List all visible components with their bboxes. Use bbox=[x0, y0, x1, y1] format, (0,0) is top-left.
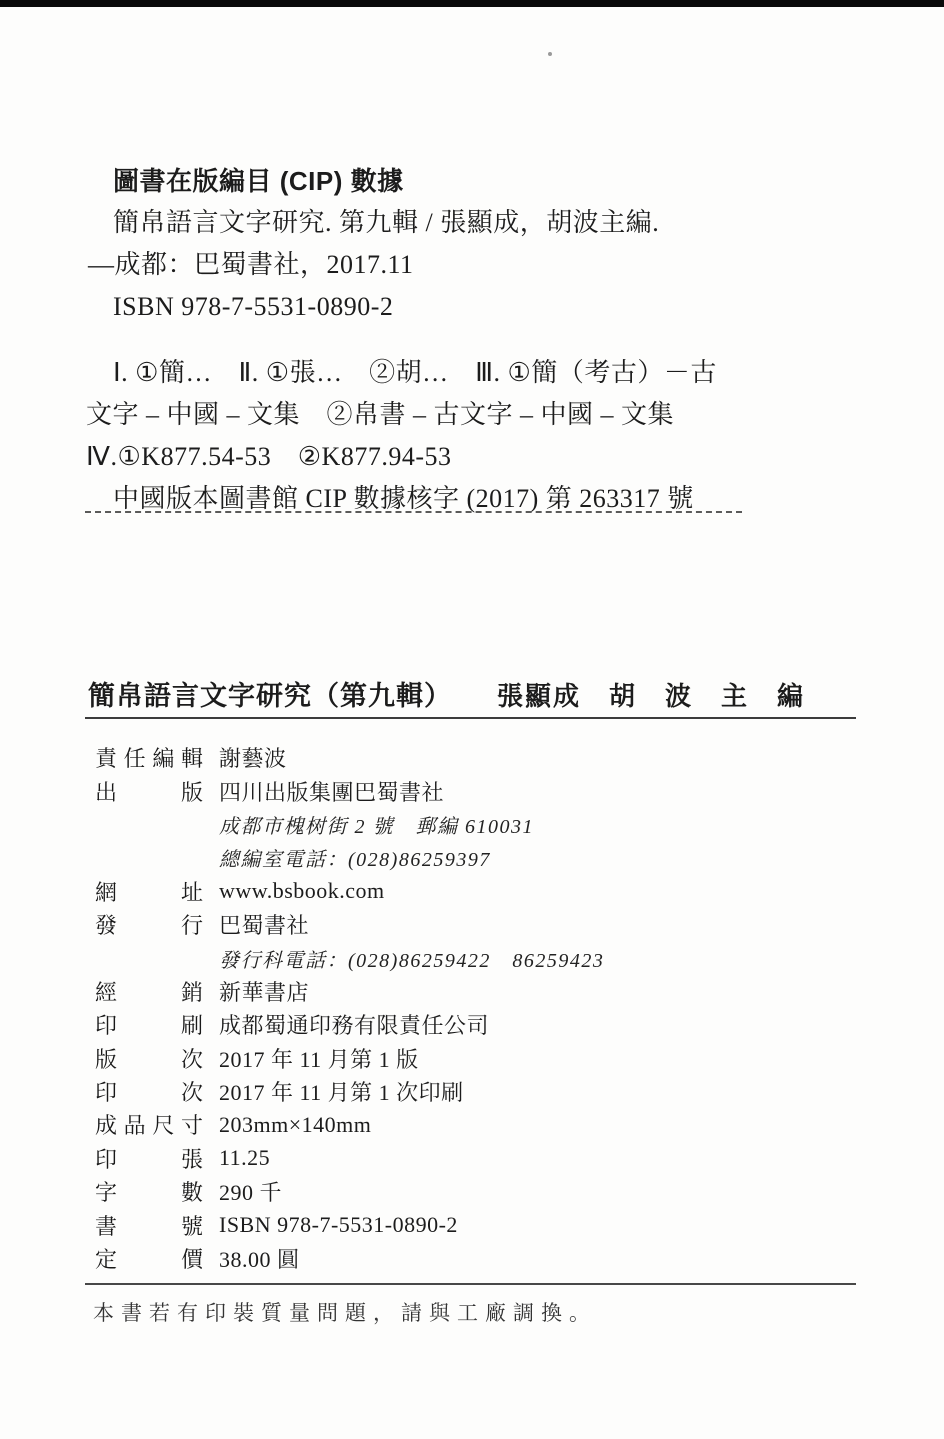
book-title: 簡帛語言文字研究（第九輯） bbox=[88, 674, 452, 713]
colophon-row: 字數 290 千 bbox=[95, 1175, 835, 1208]
cip-class-line-1: Ⅰ. ①簡… Ⅱ. ①張… ②胡… Ⅲ. ①簡（考古）－古 bbox=[86, 352, 806, 394]
colophon-row: 總編室電話：(028)86259397 bbox=[95, 841, 835, 874]
colophon-row: 印刷 成都蜀通印務有限責任公司 bbox=[95, 1008, 835, 1041]
colophon-row: 責任編輯 謝藝波 bbox=[95, 741, 835, 774]
cip-heading: 圖書在版編目 (CIP) 數據 bbox=[88, 160, 788, 202]
colophon-value: 巴蜀書社 bbox=[219, 909, 309, 940]
title-row: 簡帛語言文字研究（第九輯） 張顯成 胡 波 主 編 bbox=[88, 674, 878, 713]
colophon-label: 版次 bbox=[95, 1043, 203, 1074]
colophon-label: 印刷 bbox=[95, 1009, 203, 1040]
footer-notice: 本書若有印裝質量問題，請與工廠調換。 bbox=[93, 1297, 597, 1327]
colophon-row: 印次 2017 年 11 月第 1 次印刷 bbox=[95, 1075, 835, 1108]
title-divider bbox=[85, 717, 856, 719]
scan-speck bbox=[548, 52, 552, 56]
colophon-value: www.bsbook.com bbox=[219, 878, 385, 904]
colophon-value: 謝藝波 bbox=[219, 742, 287, 773]
colophon-subline: 發行科電話：(028)86259422 86259423 bbox=[95, 944, 604, 973]
cip-dashed-divider bbox=[85, 511, 742, 513]
colophon-label: 印次 bbox=[95, 1076, 203, 1107]
colophon-row: 成都市槐树街 2 號 郵編 610031 bbox=[95, 808, 835, 841]
cip-class-line-2: 文字 – 中國 – 文集 ②帛書 – 古文字 – 中國 – 文集 bbox=[86, 394, 806, 436]
colophon-value: 成都蜀通印務有限責任公司 bbox=[219, 1009, 489, 1040]
colophon-value: 四川出版集團巴蜀書社 bbox=[219, 776, 444, 807]
colophon-label: 經銷 bbox=[95, 976, 203, 1007]
colophon-value: 2017 年 11 月第 1 次印刷 bbox=[219, 1076, 464, 1107]
colophon-value: 11.25 bbox=[219, 1145, 270, 1171]
colophon-label: 發行 bbox=[95, 909, 203, 940]
footer-divider bbox=[85, 1283, 856, 1285]
cip-publisher-line: —成都：巴蜀書社，2017.11 bbox=[88, 244, 788, 286]
colophon-label: 網址 bbox=[95, 876, 203, 907]
colophon-value: 203mm×140mm bbox=[219, 1112, 371, 1138]
cip-registry-line: 中國版本圖書館 CIP 數據核字 (2017) 第 263317 號 bbox=[86, 478, 806, 520]
colophon-label: 字數 bbox=[95, 1176, 203, 1207]
colophon-value: 新華書店 bbox=[219, 976, 309, 1007]
cip-title-line: 簡帛語言文字研究. 第九輯 / 張顯成，胡波主編. bbox=[88, 202, 788, 244]
colophon-subline: 成都市槐树街 2 號 郵編 610031 bbox=[95, 810, 534, 839]
colophon-row: 出版 四川出版集團巴蜀書社 bbox=[95, 774, 835, 807]
colophon-row: 版次 2017 年 11 月第 1 版 bbox=[95, 1042, 835, 1075]
book-editors: 張顯成 胡 波 主 編 bbox=[497, 676, 805, 713]
colophon-value: 290 千 bbox=[219, 1176, 282, 1207]
colophon-label: 責任編輯 bbox=[95, 742, 203, 773]
colophon-label: 出版 bbox=[95, 776, 203, 807]
cip-block: 圖書在版編目 (CIP) 數據 簡帛語言文字研究. 第九輯 / 張顯成，胡波主編… bbox=[88, 160, 788, 328]
colophon-subline: 總編室電話：(028)86259397 bbox=[95, 843, 491, 872]
cip-classification-block: Ⅰ. ①簡… Ⅱ. ①張… ②胡… Ⅲ. ①簡（考古）－古 文字 – 中國 – … bbox=[86, 352, 806, 520]
colophon-label: 印張 bbox=[95, 1143, 203, 1174]
colophon-label: 書號 bbox=[95, 1210, 203, 1241]
cip-isbn-line: ISBN 978-7-5531-0890-2 bbox=[88, 286, 788, 328]
colophon-row: 書號 ISBN 978-7-5531-0890-2 bbox=[95, 1208, 835, 1241]
colophon-row: 網址 www.bsbook.com bbox=[95, 875, 835, 908]
colophon-label: 成品尺寸 bbox=[95, 1109, 203, 1140]
colophon-row: 成品尺寸 203mm×140mm bbox=[95, 1108, 835, 1141]
colophon-value: ISBN 978-7-5531-0890-2 bbox=[219, 1212, 458, 1238]
scan-top-edge bbox=[0, 0, 944, 7]
colophon-row: 發行科電話：(028)86259422 86259423 bbox=[95, 941, 835, 974]
cip-class-line-3: Ⅳ.①K877.54-53 ②K877.94-53 bbox=[86, 436, 806, 478]
colophon-label: 定價 bbox=[95, 1243, 203, 1274]
colophon-row: 經銷 新華書店 bbox=[95, 975, 835, 1008]
colophon-row: 發行 巴蜀書社 bbox=[95, 908, 835, 941]
colophon-value: 2017 年 11 月第 1 版 bbox=[219, 1043, 419, 1074]
colophon-row: 印張 11.25 bbox=[95, 1142, 835, 1175]
colophon-value: 38.00 圓 bbox=[219, 1243, 300, 1274]
colophon-row: 定價 38.00 圓 bbox=[95, 1242, 835, 1275]
colophon-table: 責任編輯 謝藝波 出版 四川出版集團巴蜀書社 成都市槐树街 2 號 郵編 610… bbox=[95, 741, 835, 1275]
